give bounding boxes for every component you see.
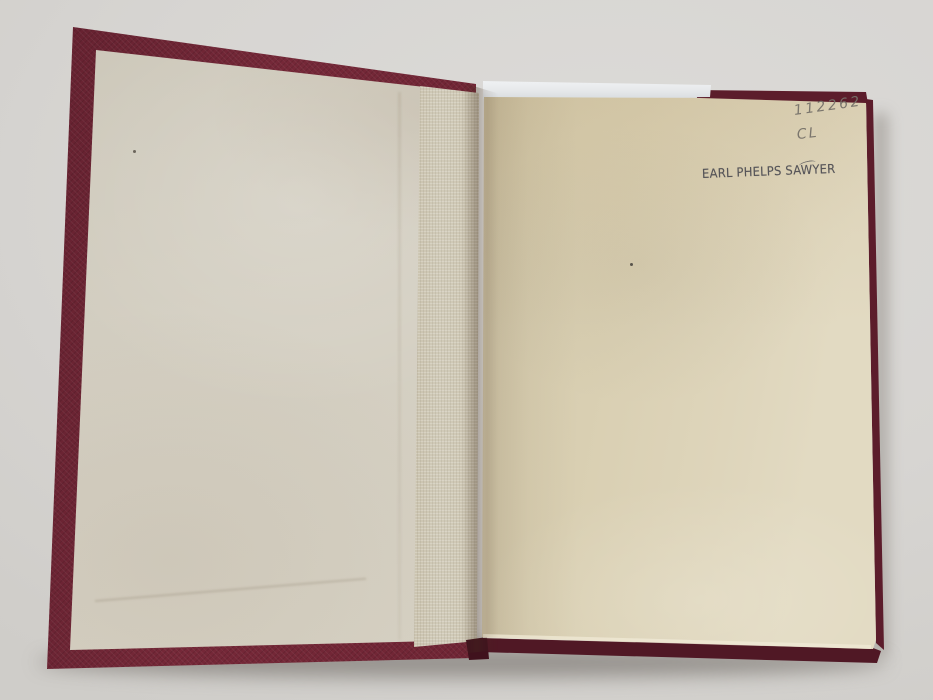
foxing-speck-right-page	[630, 263, 633, 266]
foxing-speck-left-page	[133, 150, 136, 153]
open-book-photo: 112262 CL EARL PHELPS SAWYER	[0, 0, 933, 700]
pencil-initials: CL	[796, 125, 819, 143]
endpaper-fold-line	[398, 92, 401, 640]
